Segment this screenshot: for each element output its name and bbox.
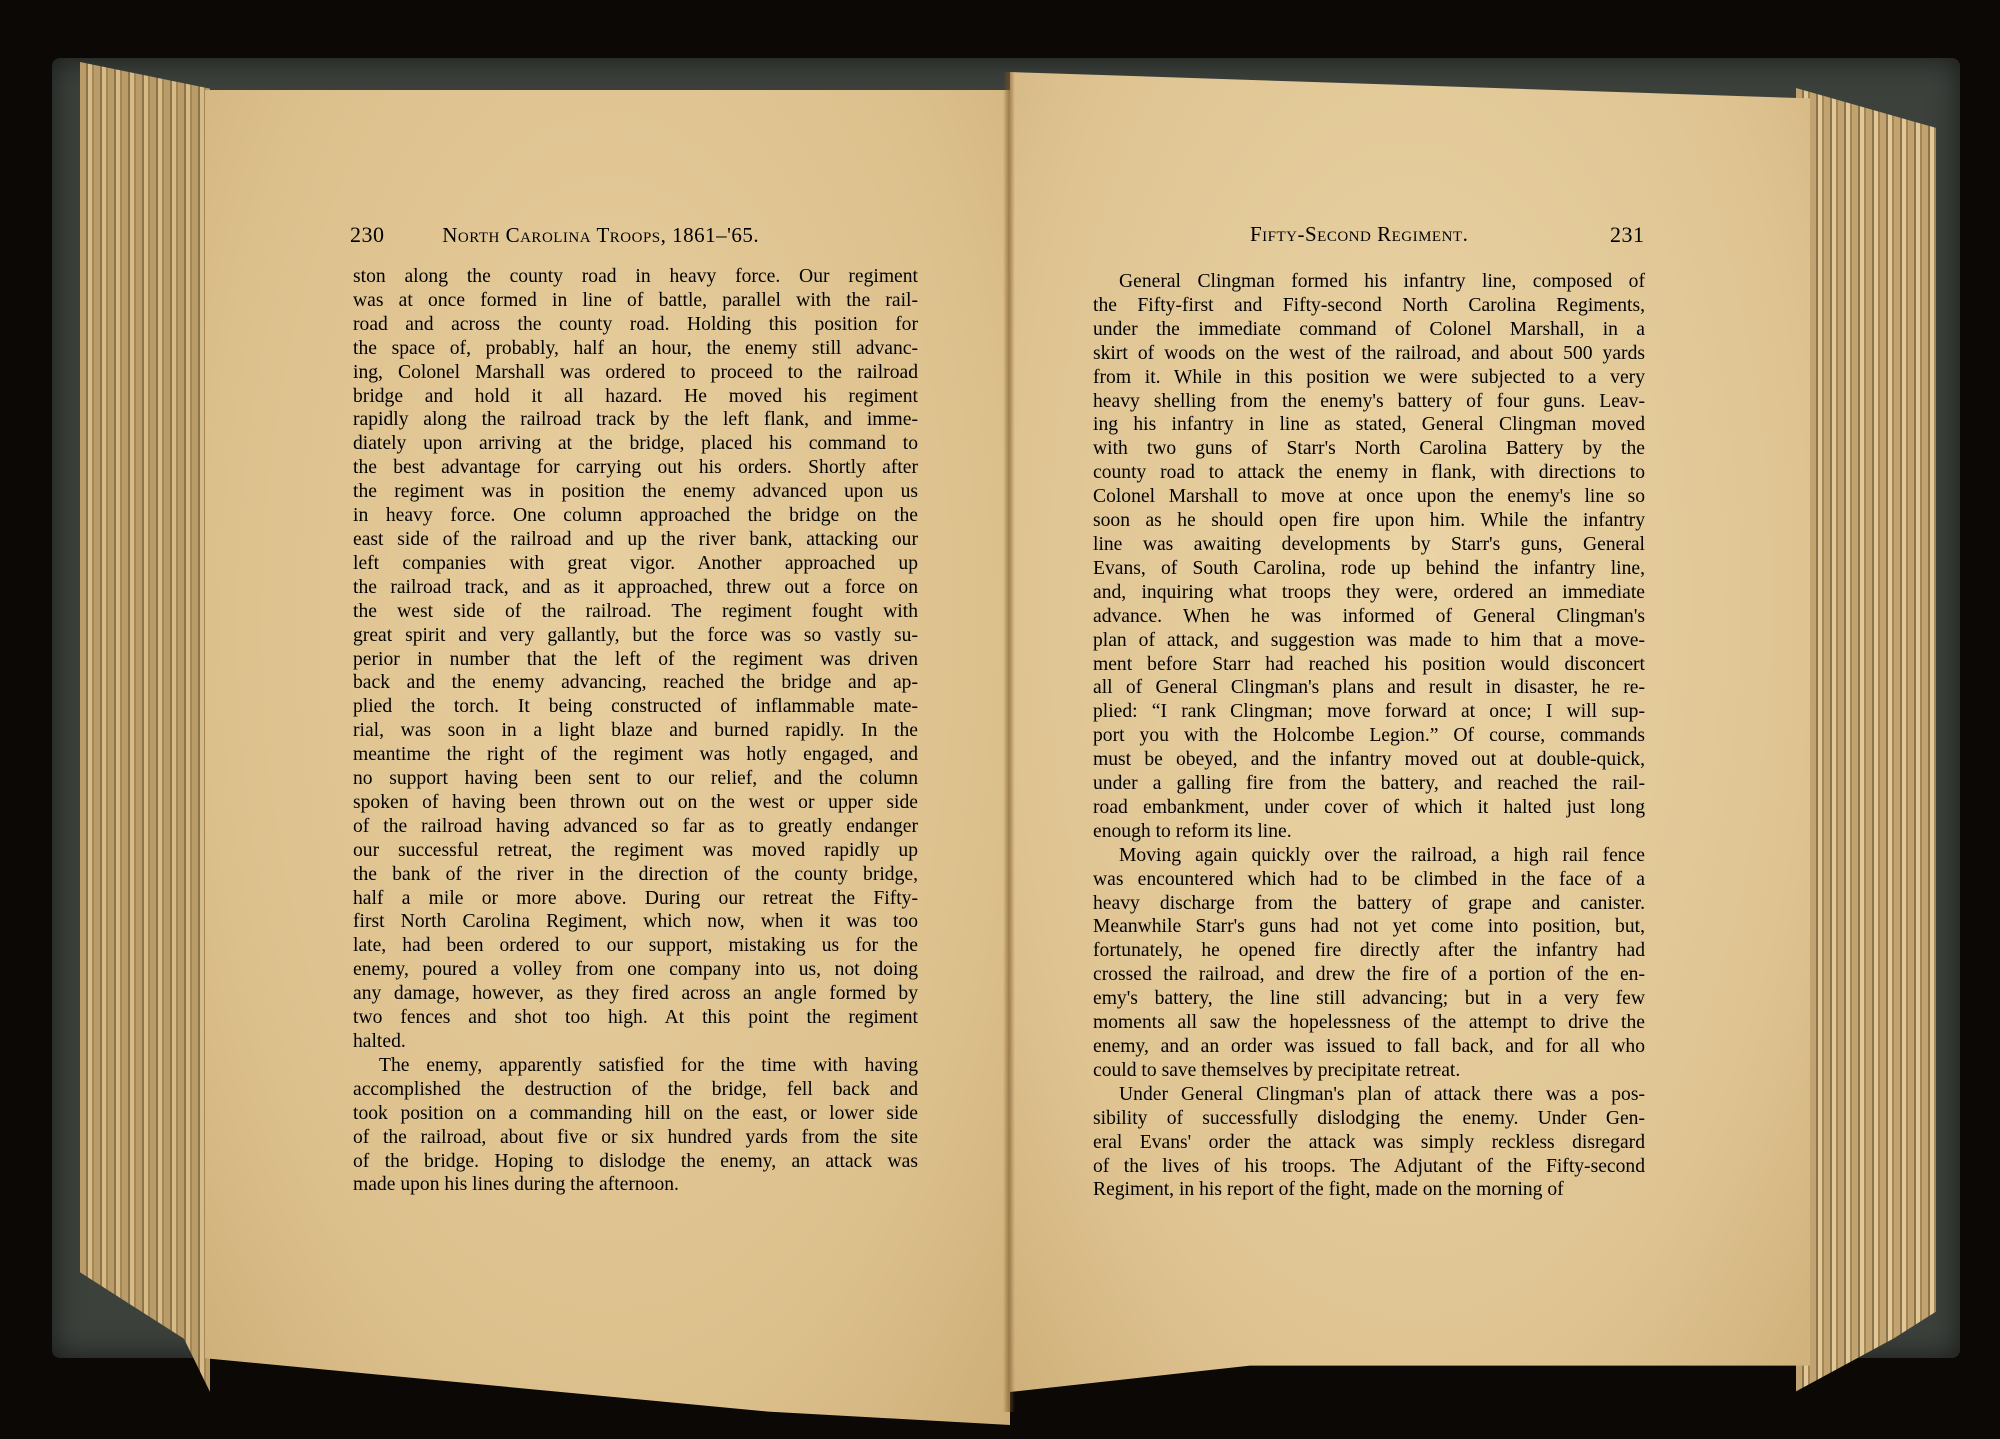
text-line: heavy discharge from the battery of grap… xyxy=(1093,892,1645,916)
text-line: Regiment, in his report of the fight, ma… xyxy=(1093,1178,1645,1202)
text-line: back and the enemy advancing, reached th… xyxy=(353,671,918,695)
text-line: moments all saw the hopelessness of the … xyxy=(1093,1011,1645,1035)
text-line: our successful retreat, the regiment was… xyxy=(353,839,918,863)
text-line: with two guns of Starr's North Carolina … xyxy=(1093,437,1645,461)
book-gutter xyxy=(1003,72,1015,1412)
text-line: the west side of the railroad. The regim… xyxy=(353,600,918,624)
text-line: from it. While in this position we were … xyxy=(1093,366,1645,390)
text-line: skirt of woods on the west of the railro… xyxy=(1093,342,1645,366)
text-line: road embankment, under cover of which it… xyxy=(1093,796,1645,820)
text-line: accomplished the destruction of the brid… xyxy=(353,1078,918,1102)
page-edges-left xyxy=(80,62,210,1392)
text-line: made upon his lines during the afternoon… xyxy=(353,1173,918,1197)
text-line: emy's battery, the line still advancing;… xyxy=(1093,987,1645,1011)
text-line: diately upon arriving at the bridge, pla… xyxy=(353,432,918,456)
text-line: late, had been ordered to our support, m… xyxy=(353,934,918,958)
text-line: the Fifty-first and Fifty-second North C… xyxy=(1093,294,1645,318)
text-line: in heavy force. One column approached th… xyxy=(353,504,918,528)
text-line: bridge and hold it all hazard. He moved … xyxy=(353,385,918,409)
text-line: county road to attack the enemy in flank… xyxy=(1093,461,1645,485)
text-line: no support having been sent to our relie… xyxy=(353,767,918,791)
text-line: half a mile or more above. During our re… xyxy=(353,887,918,911)
text-line: halted. xyxy=(353,1030,918,1054)
text-line: soon as he should open fire upon him. Wh… xyxy=(1093,509,1645,533)
text-line: General Clingman formed his infantry lin… xyxy=(1093,270,1645,294)
text-line: enemy, poured a volley from one company … xyxy=(353,958,918,982)
paragraph: General Clingman formed his infantry lin… xyxy=(1093,270,1645,844)
text-line: was encountered which had to be climbed … xyxy=(1093,868,1645,892)
text-line: enemy, and an order was issued to fall b… xyxy=(1093,1035,1645,1059)
paragraph: The enemy, apparently satisfied for the … xyxy=(353,1054,918,1197)
paragraph: Moving again quickly over the railroad, … xyxy=(1093,844,1645,1083)
text-line: Under General Clingman's plan of attack … xyxy=(1093,1083,1645,1107)
text-line: any damage, however, as they fired acros… xyxy=(353,982,918,1006)
text-line: under a galling fire from the battery, a… xyxy=(1093,772,1645,796)
left-page-number: 230 xyxy=(350,222,385,247)
text-line: perior in number that the left of the re… xyxy=(353,648,918,672)
text-line: Meanwhile Starr's guns had not yet come … xyxy=(1093,915,1645,939)
left-running-head: North Carolina Troops, 1861–'65. xyxy=(442,223,759,247)
text-line: heavy shelling from the enemy's battery … xyxy=(1093,390,1645,414)
text-line: the space of, probably, half an hour, th… xyxy=(353,337,918,361)
right-running-header: Fifty-Second Regiment. 231 xyxy=(1250,222,1650,247)
text-line: left companies with great vigor. Another… xyxy=(353,552,918,576)
text-line: the railroad track, and as it approached… xyxy=(353,576,918,600)
text-line: The enemy, apparently satisfied for the … xyxy=(353,1054,918,1078)
text-line: plied: “I rank Clingman; move forward at… xyxy=(1093,700,1645,724)
text-line: the bank of the river in the direction o… xyxy=(353,863,918,887)
text-line: plan of attack, and suggestion was made … xyxy=(1093,629,1645,653)
text-line: ston along the county road in heavy forc… xyxy=(353,265,918,289)
paragraph: Under General Clingman's plan of attack … xyxy=(1093,1083,1645,1203)
page-edges-right xyxy=(1796,88,1936,1418)
paragraph: ston along the county road in heavy forc… xyxy=(353,265,918,1054)
text-line: east side of the railroad and up the riv… xyxy=(353,528,918,552)
text-line: rial, was soon in a light blaze and burn… xyxy=(353,719,918,743)
text-line: port you with the Holcombe Legion.” Of c… xyxy=(1093,724,1645,748)
text-line: enough to reform its line. xyxy=(1093,820,1645,844)
text-line: was at once formed in line of battle, pa… xyxy=(353,289,918,313)
text-line: ment before Starr had reached his positi… xyxy=(1093,653,1645,677)
text-line: took position on a commanding hill on th… xyxy=(353,1102,918,1126)
left-running-header: 230 North Carolina Troops, 1861–'65. xyxy=(350,222,820,248)
text-line: Moving again quickly over the railroad, … xyxy=(1093,844,1645,868)
text-line: the regiment was in position the enemy a… xyxy=(353,480,918,504)
text-line: ing his infantry in line as stated, Gene… xyxy=(1093,413,1645,437)
text-line: crossed the railroad, and drew the fire … xyxy=(1093,963,1645,987)
left-page-body: ston along the county road in heavy forc… xyxy=(353,265,918,1197)
text-line: rapidly along the railroad track by the … xyxy=(353,408,918,432)
text-line: under the immediate command of Colonel M… xyxy=(1093,318,1645,342)
text-line: of the railroad, about five or six hundr… xyxy=(353,1126,918,1150)
right-page-body: General Clingman formed his infantry lin… xyxy=(1093,270,1645,1202)
text-line: spoken of having been thrown out on the … xyxy=(353,791,918,815)
text-line: first North Carolina Regiment, which now… xyxy=(353,910,918,934)
text-line: all of General Clingman's plans and resu… xyxy=(1093,676,1645,700)
text-line: could to save themselves by precipitate … xyxy=(1093,1059,1645,1083)
text-line: advance. When he was informed of General… xyxy=(1093,605,1645,629)
right-page-number: 231 xyxy=(1610,222,1645,248)
text-line: meantime the right of the regiment was h… xyxy=(353,743,918,767)
text-line: line was awaiting developments by Starr'… xyxy=(1093,533,1645,557)
text-line: fortunately, he opened fire directly aft… xyxy=(1093,939,1645,963)
text-line: sibility of successfully dislodging the … xyxy=(1093,1107,1645,1131)
text-line: eral Evans' order the attack was simply … xyxy=(1093,1131,1645,1155)
text-line: of the lives of his troops. The Adjutant… xyxy=(1093,1155,1645,1179)
text-line: of the bridge. Hoping to dislodge the en… xyxy=(353,1150,918,1174)
text-line: Evans, of South Carolina, rode up behind… xyxy=(1093,557,1645,581)
text-line: and, inquiring what troops they were, or… xyxy=(1093,581,1645,605)
text-line: great spirit and very gallantly, but the… xyxy=(353,624,918,648)
text-line: Colonel Marshall to move at once upon th… xyxy=(1093,485,1645,509)
text-line: must be obeyed, and the infantry moved o… xyxy=(1093,748,1645,772)
text-line: the best advantage for carrying out his … xyxy=(353,456,918,480)
text-line: plied the torch. It being constructed of… xyxy=(353,695,918,719)
text-line: road and across the county road. Holding… xyxy=(353,313,918,337)
text-line: two fences and shot too high. At this po… xyxy=(353,1006,918,1030)
text-line: of the railroad having advanced so far a… xyxy=(353,815,918,839)
right-running-head: Fifty-Second Regiment. xyxy=(1250,222,1468,246)
text-line: ing, Colonel Marshall was ordered to pro… xyxy=(353,361,918,385)
